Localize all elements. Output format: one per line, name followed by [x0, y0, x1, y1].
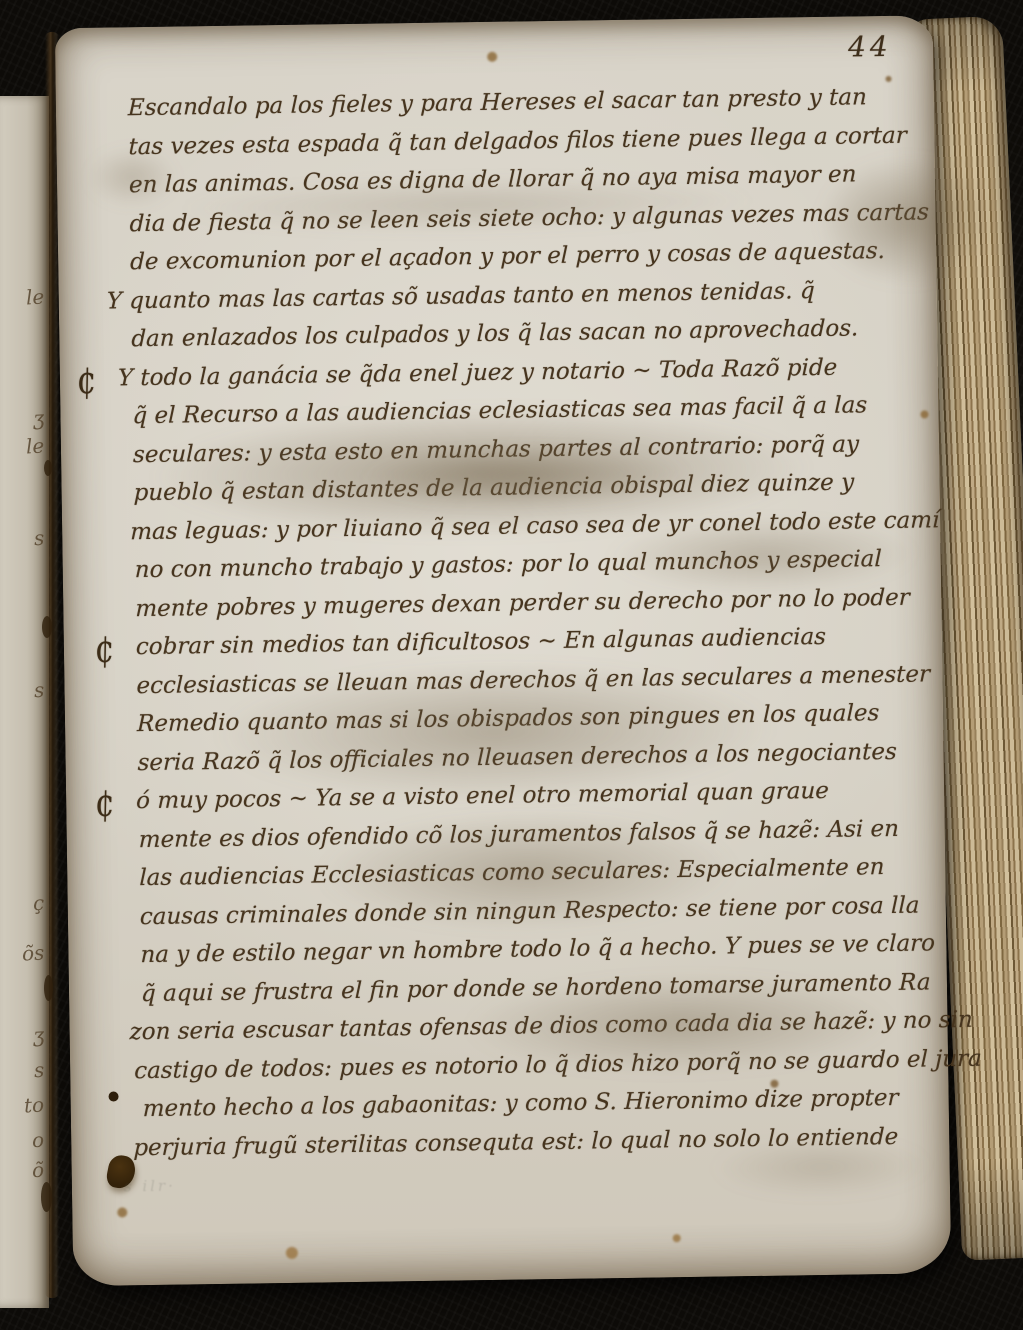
line-text: cobrar sin medios tan dificultosos ~ En … [136, 624, 827, 660]
text-line: na y de estilo negar vn hombre todo lo q… [140, 932, 935, 967]
margin-fragment: ç [32, 893, 44, 914]
text-line: Y quanto mas las cartas sõ usadas tanto … [107, 280, 815, 314]
margin-fragment: ʒ [32, 1025, 44, 1046]
line-text: de excomunion por el açadon y por el per… [130, 238, 885, 275]
text-line: ¢cobrar sin medios tan dificultosos ~ En… [136, 626, 827, 659]
margin-fragment: õ [31, 1160, 44, 1181]
line-text: mento hecho a los gabaonitas: y como S. … [143, 1085, 899, 1122]
margin-fragment: to [23, 1094, 44, 1115]
gutter-stain [42, 616, 52, 638]
text-line: Escandalo pa los fieles y para Hereses e… [128, 86, 867, 120]
ink-dot [108, 1091, 118, 1101]
page-number: 44 [848, 30, 892, 64]
binding-gutter [45, 32, 59, 1298]
foxing-spot [673, 1234, 681, 1242]
line-text: tas vezes esta espada q̃ tan delgados fi… [128, 122, 907, 160]
previous-page-sliver: leʒlessçõsʒstooõ [0, 96, 49, 1308]
line-text: dan enlazados los culpados y los q̃ las … [131, 315, 859, 352]
foxing-spot [886, 76, 892, 82]
margin-fragment: o [31, 1130, 44, 1151]
margin-fragment: s [33, 1060, 44, 1081]
line-text: na y de estilo negar vn hombre todo lo q… [140, 930, 935, 968]
text-line: de excomunion por el açadon y por el per… [130, 240, 885, 274]
gutter-stain [44, 975, 53, 1001]
text-block: Escandalo pa los fieles y para Hereses e… [128, 85, 928, 97]
text-line: tas vezes esta espada q̃ tan delgados fi… [128, 124, 907, 159]
stain [86, 147, 177, 208]
margin-fragment: s [33, 680, 44, 701]
faint-marginal-scribble: s ilr· [124, 1177, 176, 1196]
text-line: dan enlazados los culpados y los q̃ las … [131, 317, 858, 351]
margin-fragment: le [25, 287, 44, 308]
paragraph-mark: ¢ [94, 631, 115, 670]
text-line: mento hecho a los gabaonitas: y como S. … [143, 1087, 899, 1121]
margin-fragment: s [33, 528, 44, 549]
line-text: Y quanto mas las cartas sõ usadas tanto … [107, 278, 815, 315]
margin-fragment: le [25, 436, 44, 457]
foxing-spot [487, 52, 497, 62]
line-text: Escandalo pa los fieles y para Hereses e… [128, 84, 867, 121]
paragraph-mark: ¢ [95, 785, 116, 824]
gutter-stain [44, 460, 52, 476]
foxing-spot [117, 1207, 127, 1217]
text-line: ¢Y todo la ganácia se q̃da enel juez y n… [118, 356, 838, 390]
line-text: Y todo la ganácia se q̃da enel juez y no… [118, 354, 838, 391]
margin-fragment: ʒ [32, 408, 44, 429]
foxing-spot [286, 1247, 298, 1259]
manuscript-page: 44 Escandalo pa los fieles y para Herese… [55, 15, 952, 1286]
foxing-spot [920, 410, 928, 418]
gutter-stain [41, 1182, 52, 1212]
paragraph-mark: ¢ [76, 361, 97, 400]
margin-fragment: õs [21, 942, 44, 963]
